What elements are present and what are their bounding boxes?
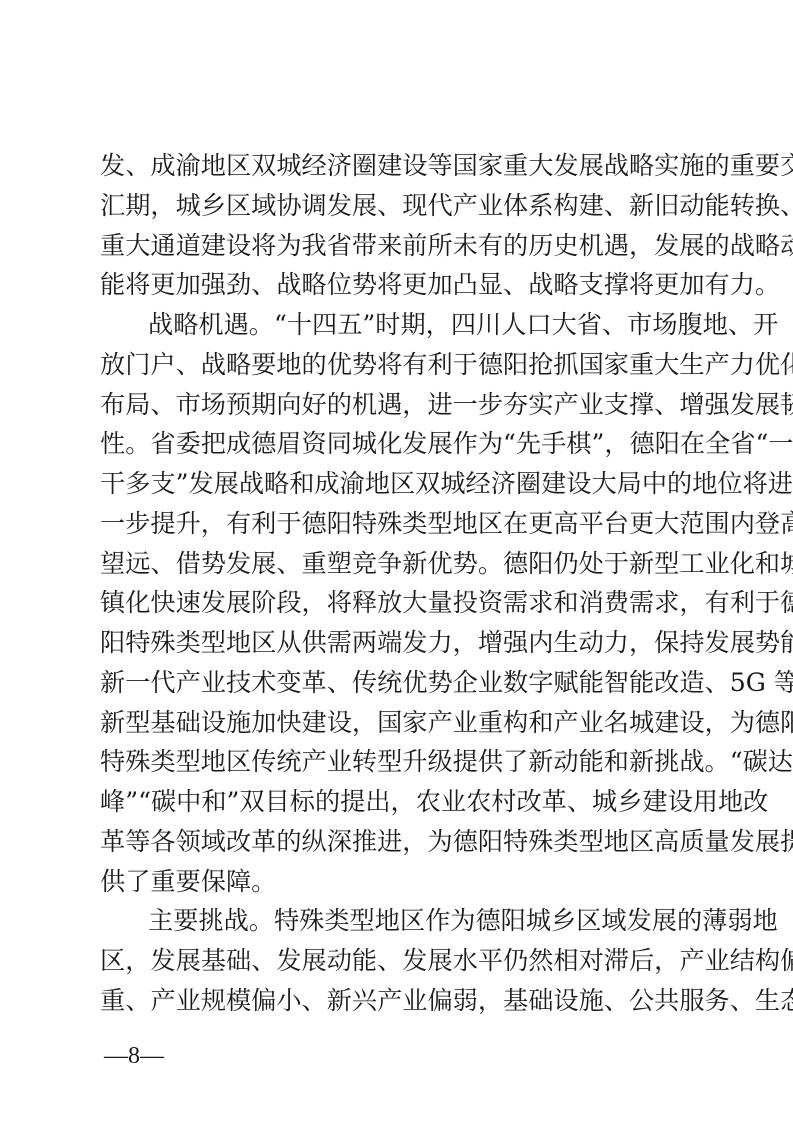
document-page: 发、成渝地区双城经济圈建设等国家重大发展战略实施的重要交 汇期，城乡区域协调发展…: [0, 0, 793, 1122]
paragraph-heading-line: 战略机遇。“十四五”时期，四川人口大省、市场腹地、开: [148, 309, 698, 341]
body-text-line: 汇期，城乡区域协调发展、现代产业体系构建、新旧动能转换、: [100, 190, 698, 222]
body-text-line: 重大通道建设将为我省带来前所未有的历史机遇，发展的战略动: [100, 230, 698, 262]
body-text-line: 一步提升，有利于德阳特殊类型地区在更高平台更大范围内登高: [100, 508, 698, 540]
body-text-line: 发、成渝地区双城经济圈建设等国家重大发展战略实施的重要交: [100, 150, 698, 182]
body-text-line: 能将更加强劲、战略位势将更加凸显、战略支撑将更加有力。: [100, 269, 698, 301]
body-text-line: 放门户、战略要地的优势将有利于德阳抢抓国家重大生产力优化: [100, 349, 698, 381]
body-text-line: 新型基础设施加快建设，国家产业重构和产业名城建设，为德阳: [100, 707, 698, 739]
page-number: —8—: [104, 1042, 164, 1070]
body-text-line: 革等各领域改革的纵深推进，为德阳特殊类型地区高质量发展提: [100, 826, 698, 858]
body-text-line: 布局、市场预期向好的机遇，进一步夯实产业支撑、增强发展韧: [100, 389, 698, 421]
body-text-line: 新一代产业技术变革、传统优势企业数字赋能智能改造、5G 等: [100, 667, 698, 699]
body-text-line: 望远、借势发展、重塑竞争新优势。德阳仍处于新型工业化和城: [100, 548, 698, 580]
body-text-line: 重、产业规模偏小、新兴产业偏弱，基础设施、公共服务、生态: [100, 985, 698, 1017]
body-text-line: 阳特殊类型地区从供需两端发力，增强内生动力，保持发展势能。: [100, 627, 698, 659]
body-text-line: 干多支”发展战略和成渝地区双城经济圈建设大局中的地位将进: [100, 468, 698, 500]
body-text-line: 供了重要保障。: [100, 866, 698, 898]
body-text-line: 镇化快速发展阶段，将释放大量投资需求和消费需求，有利于德: [100, 587, 698, 619]
body-text-line: 峰”“碳中和”双目标的提出，农业农村改革、城乡建设用地改: [100, 786, 698, 818]
body-text-line: 区，发展基础、发展动能、发展水平仍然相对滞后，产业结构偏: [100, 945, 698, 977]
body-text-line: 性。省委把成德眉资同城化发展作为“先手棋”，德阳在全省“一: [100, 428, 698, 460]
body-text-line: 特殊类型地区传统产业转型升级提供了新动能和新挑战。“碳达: [100, 746, 698, 778]
paragraph-heading-line: 主要挑战。特殊类型地区作为德阳城乡区域发展的薄弱地: [148, 905, 698, 937]
